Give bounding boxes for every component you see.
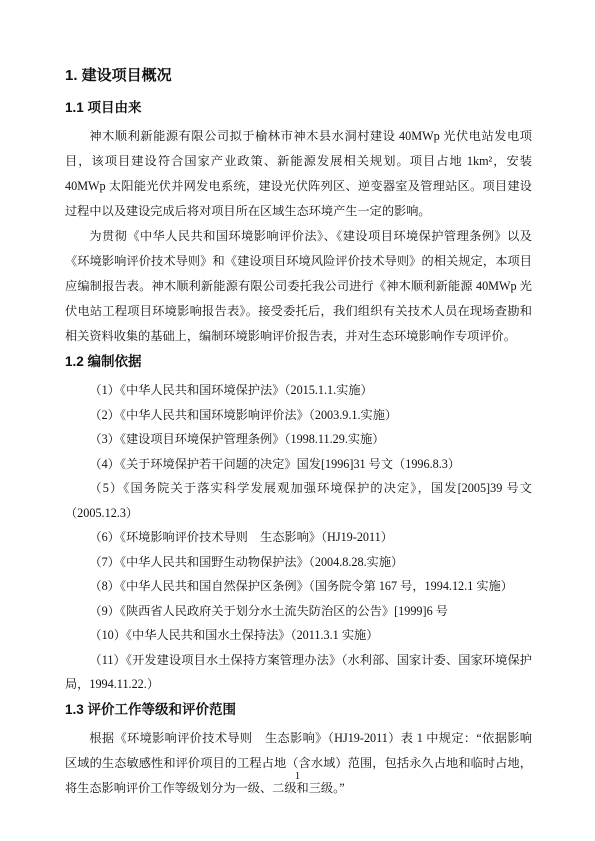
reference-item: （4）《关于环境保护若干问题的决定》国发[1996]31 号文（1996.8.3… — [65, 452, 532, 477]
page-number: 1 — [0, 770, 595, 782]
section-heading-1-3: 1.3 评价工作等级和评价范围 — [65, 701, 532, 719]
reference-item: （11）《开发建设项目水土保持方案管理办法》（水利部、国家计委、国家环境保护局，… — [65, 648, 532, 697]
reference-item: （9）《陕西省人民政府关于划分水土流失防治区的公告》[1999]6 号 — [65, 599, 532, 624]
reference-item: （6）《环境影响评价技术导则 生态影响》（HJ19-2011） — [65, 525, 532, 550]
reference-item: （7）《中华人民共和国野生动物保护法》（2004.8.28.实施） — [65, 550, 532, 575]
reference-item: （2）《中华人民共和国环境影响评价法》（2003.9.1.实施） — [65, 403, 532, 428]
reference-item: （1）《中华人民共和国环境保护法》（2015.1.1.实施） — [65, 378, 532, 403]
paragraph: 为贯彻《中华人民共和国环境影响评价法》、《建设项目环境保护管理条例》以及《环境影… — [65, 224, 532, 349]
reference-item: （5）《国务院关于落实科学发展观加强环境保护的决定》，国发[2005]39 号文… — [65, 476, 532, 525]
document-page: 1. 建设项目概况 1.1 项目由来 神木顺利新能源有限公司拟于榆林市神木县水洞… — [0, 0, 595, 841]
document-content: 1. 建设项目概况 1.1 项目由来 神木顺利新能源有限公司拟于榆林市神木县水洞… — [65, 66, 532, 801]
reference-item: （10）《中华人民共和国水土保持法》（2011.3.1 实施） — [65, 623, 532, 648]
chapter-heading: 1. 建设项目概况 — [65, 66, 532, 86]
reference-item: （3）《建设项目环境保护管理条例》（1998.11.29.实施） — [65, 427, 532, 452]
section-heading-1-1: 1.1 项目由来 — [65, 99, 532, 117]
section-heading-1-2: 1.2 编制依据 — [65, 353, 532, 371]
paragraph: 根据《环境影响评价技术导则 生态影响》（HJ19-2011）表 1 中规定：“依… — [65, 726, 532, 801]
reference-item: （8）《中华人民共和国自然保护区条例》（国务院令第 167 号，1994.12.… — [65, 574, 532, 599]
paragraph: 神木顺利新能源有限公司拟于榆林市神木县水洞村建设 40MWp 光伏电站发电项目，… — [65, 124, 532, 224]
